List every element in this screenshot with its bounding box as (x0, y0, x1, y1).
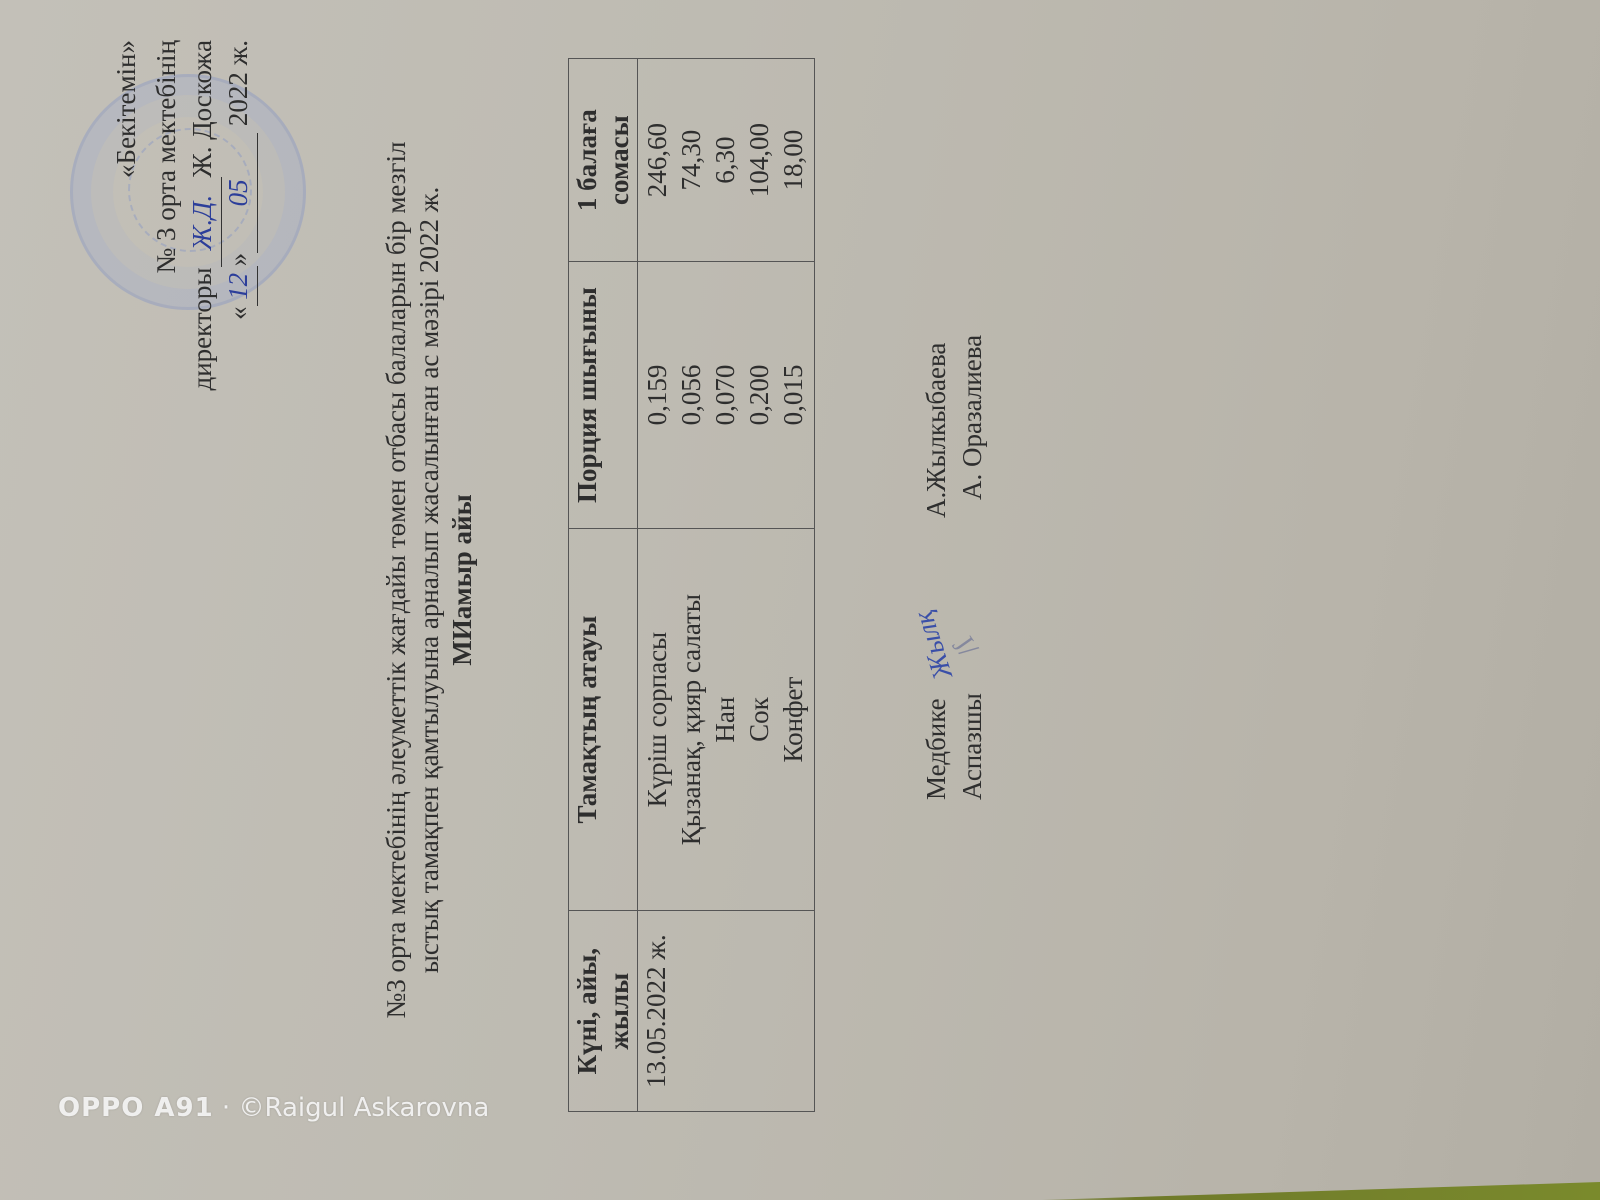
header-portion: Порция шығыны (569, 262, 638, 528)
document-title: №3 орта мектебінің әлеуметтік жағдайы тө… (380, 80, 479, 1080)
cook-signature: /ſ (948, 630, 985, 663)
table-row: 13.05.2022 ж. Күріш сорпасы Қызанақ, қия… (638, 59, 815, 1112)
nurse-role: Медбике (918, 698, 954, 800)
title-line-2: ыстық тамақпен қамтылуына арналып жасалы… (413, 80, 446, 1080)
nurse-name: А.Жылкыбаева (918, 343, 954, 518)
header-date: Күні, айы, жылы (569, 911, 638, 1112)
portion-value: 0,070 (708, 268, 742, 521)
cook-name: А. Оразалиева (954, 335, 990, 500)
title-line-1: №3 орта мектебінің әлеуметтік жағдайы тө… (380, 80, 413, 1080)
watermark-device: OPPO A91 (58, 1093, 214, 1123)
approval-year: 2022 ж. (223, 40, 253, 126)
portion-value: 0,159 (640, 268, 674, 521)
dish-name: Күріш сорпасы (640, 535, 674, 905)
header-sum: 1 балаға сомасы (569, 59, 638, 262)
portion-value: 0,015 (776, 268, 810, 521)
approval-director: директорыЖ.Д.Ж. Доскожа (184, 40, 222, 391)
cook-role: Аспазшы (954, 693, 990, 800)
sum-value: 246,60 (640, 65, 674, 255)
director-signature: Ж.Д. (184, 177, 222, 267)
date-quote-close: » (223, 253, 253, 267)
dish-name: Сок (742, 535, 776, 905)
watermark-credit: ©Raigul Askarovna (238, 1093, 489, 1123)
watermark-separator: · (214, 1093, 239, 1123)
approval-heading: «Бекітемін» (108, 40, 145, 178)
approval-day: 12 (220, 266, 258, 306)
header-dish: Тамақтың атауы (569, 528, 638, 911)
approval-month: 05 (220, 133, 258, 253)
dish-name: Нан (708, 535, 742, 905)
portion-value: 0,200 (742, 268, 776, 521)
sum-value: 74,30 (674, 65, 708, 255)
sum-value: 18,00 (776, 65, 810, 255)
approval-date: «12»05 2022 ж. (220, 40, 258, 320)
director-label: директоры (187, 267, 217, 390)
director-name: Ж. Доскожа (187, 40, 217, 177)
table-header-row: Күні, айы, жылы Тамақтың атауы Порция шы… (569, 59, 638, 1112)
sum-value: 6,30 (708, 65, 742, 255)
sum-value: 104,00 (742, 65, 776, 255)
cell-portions: 0,159 0,056 0,070 0,200 0,015 (638, 262, 815, 528)
date-quote-open: « (223, 306, 253, 320)
cell-sums: 246,60 74,30 6,30 104,00 18,00 (638, 59, 815, 262)
title-month: МИамыр айы (446, 80, 479, 1080)
approval-school: № 3 орта мектебінің (148, 40, 185, 274)
cell-dishes: Күріш сорпасы Қызанақ, қияр салаты Нан С… (638, 528, 815, 911)
portion-value: 0,056 (674, 268, 708, 521)
menu-table: Күні, айы, жылы Тамақтың атауы Порция шы… (568, 58, 815, 1112)
cell-date: 13.05.2022 ж. (638, 911, 815, 1112)
dish-name: Конфет (776, 535, 810, 905)
dish-name: Қызанақ, қияр салаты (674, 535, 708, 905)
camera-watermark: OPPO A91 · ©Raigul Askarovna (58, 1093, 489, 1123)
document-page: «Бекітемін» № 3 орта мектебінің директор… (0, 0, 1600, 1200)
